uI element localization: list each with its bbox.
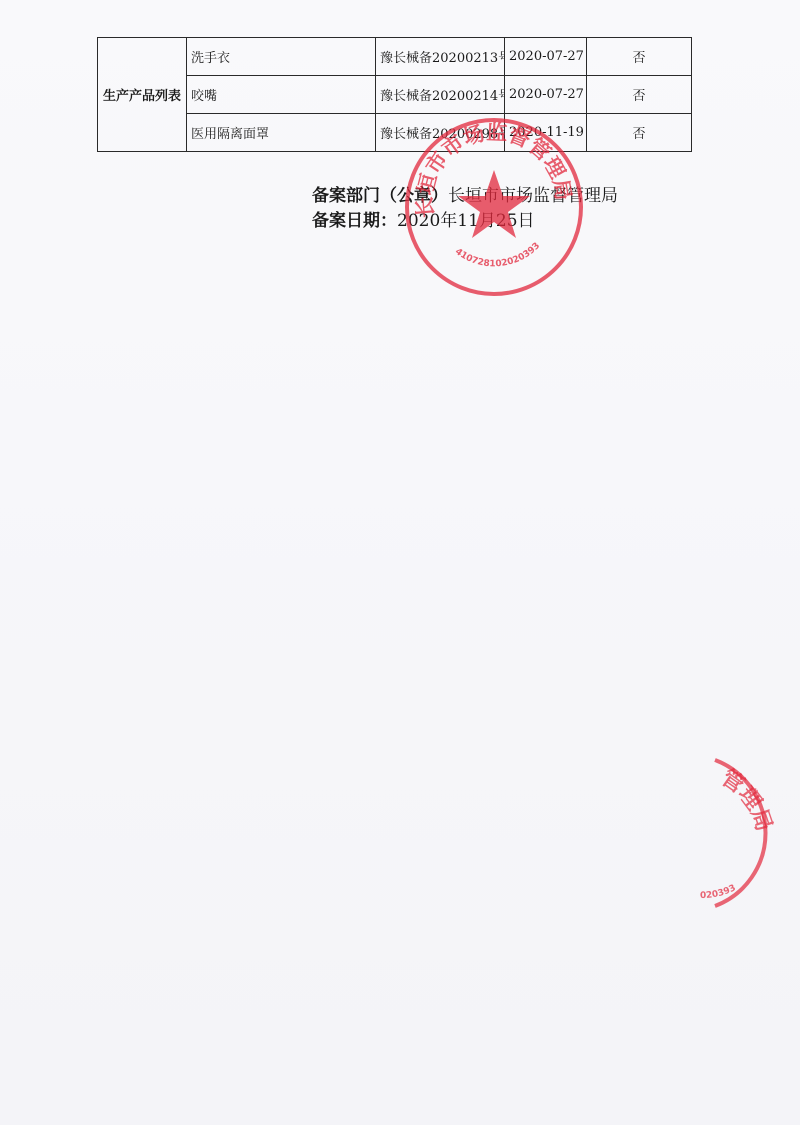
date-line: 备案日期：2020年11月25日	[312, 209, 618, 234]
document-page: 生产产品列表 洗手衣 豫长械备20200213号 2020-07-27 否 咬嘴…	[0, 0, 800, 1125]
product-name: 咬嘴	[187, 76, 376, 114]
table-row: 生产产品列表 洗手衣 豫长械备20200213号 2020-07-27 否	[98, 38, 692, 76]
category-cell: 生产产品列表	[98, 38, 187, 152]
partial-seal: 管理局 020393	[690, 758, 790, 908]
filing-signature-block: 备案部门（公章）长垣市市场监督管理局 备案日期：2020年11月25日	[312, 184, 618, 234]
seal-code: 410728102020393	[453, 241, 542, 269]
partial-seal-icon: 管理局 020393	[690, 758, 790, 908]
svg-text:410728102020393: 410728102020393	[453, 241, 542, 269]
date-value: 2020年11月25日	[397, 211, 535, 231]
svg-text:管理局: 管理局	[716, 765, 776, 835]
table-row: 医用隔离面罩 豫长械备20200298号 2020-11-19 否	[98, 114, 692, 152]
filing-date: 2020-11-19	[505, 114, 587, 152]
date-label: 备案日期：	[312, 211, 397, 231]
registration-number: 豫长械备20200214号	[376, 76, 505, 114]
partial-seal-text: 管理局	[716, 765, 776, 835]
department-label: 备案部门（公章）	[312, 186, 448, 206]
department-value: 长垣市市场监督管理局	[448, 186, 618, 206]
filing-date: 2020-07-27	[505, 38, 587, 76]
filing-date: 2020-07-27	[505, 76, 587, 114]
department-line: 备案部门（公章）长垣市市场监督管理局	[312, 184, 618, 209]
table-row: 咬嘴 豫长械备20200214号 2020-07-27 否	[98, 76, 692, 114]
registration-number: 豫长械备20200213号	[376, 38, 505, 76]
flag-cell: 否	[587, 114, 692, 152]
svg-text:020393: 020393	[700, 883, 738, 901]
flag-cell: 否	[587, 76, 692, 114]
flag-cell: 否	[587, 38, 692, 76]
product-name: 洗手衣	[187, 38, 376, 76]
registration-number: 豫长械备20200298号	[376, 114, 505, 152]
partial-seal-code: 020393	[700, 883, 738, 901]
product-name: 医用隔离面罩	[187, 114, 376, 152]
product-list-table: 生产产品列表 洗手衣 豫长械备20200213号 2020-07-27 否 咬嘴…	[97, 37, 692, 152]
